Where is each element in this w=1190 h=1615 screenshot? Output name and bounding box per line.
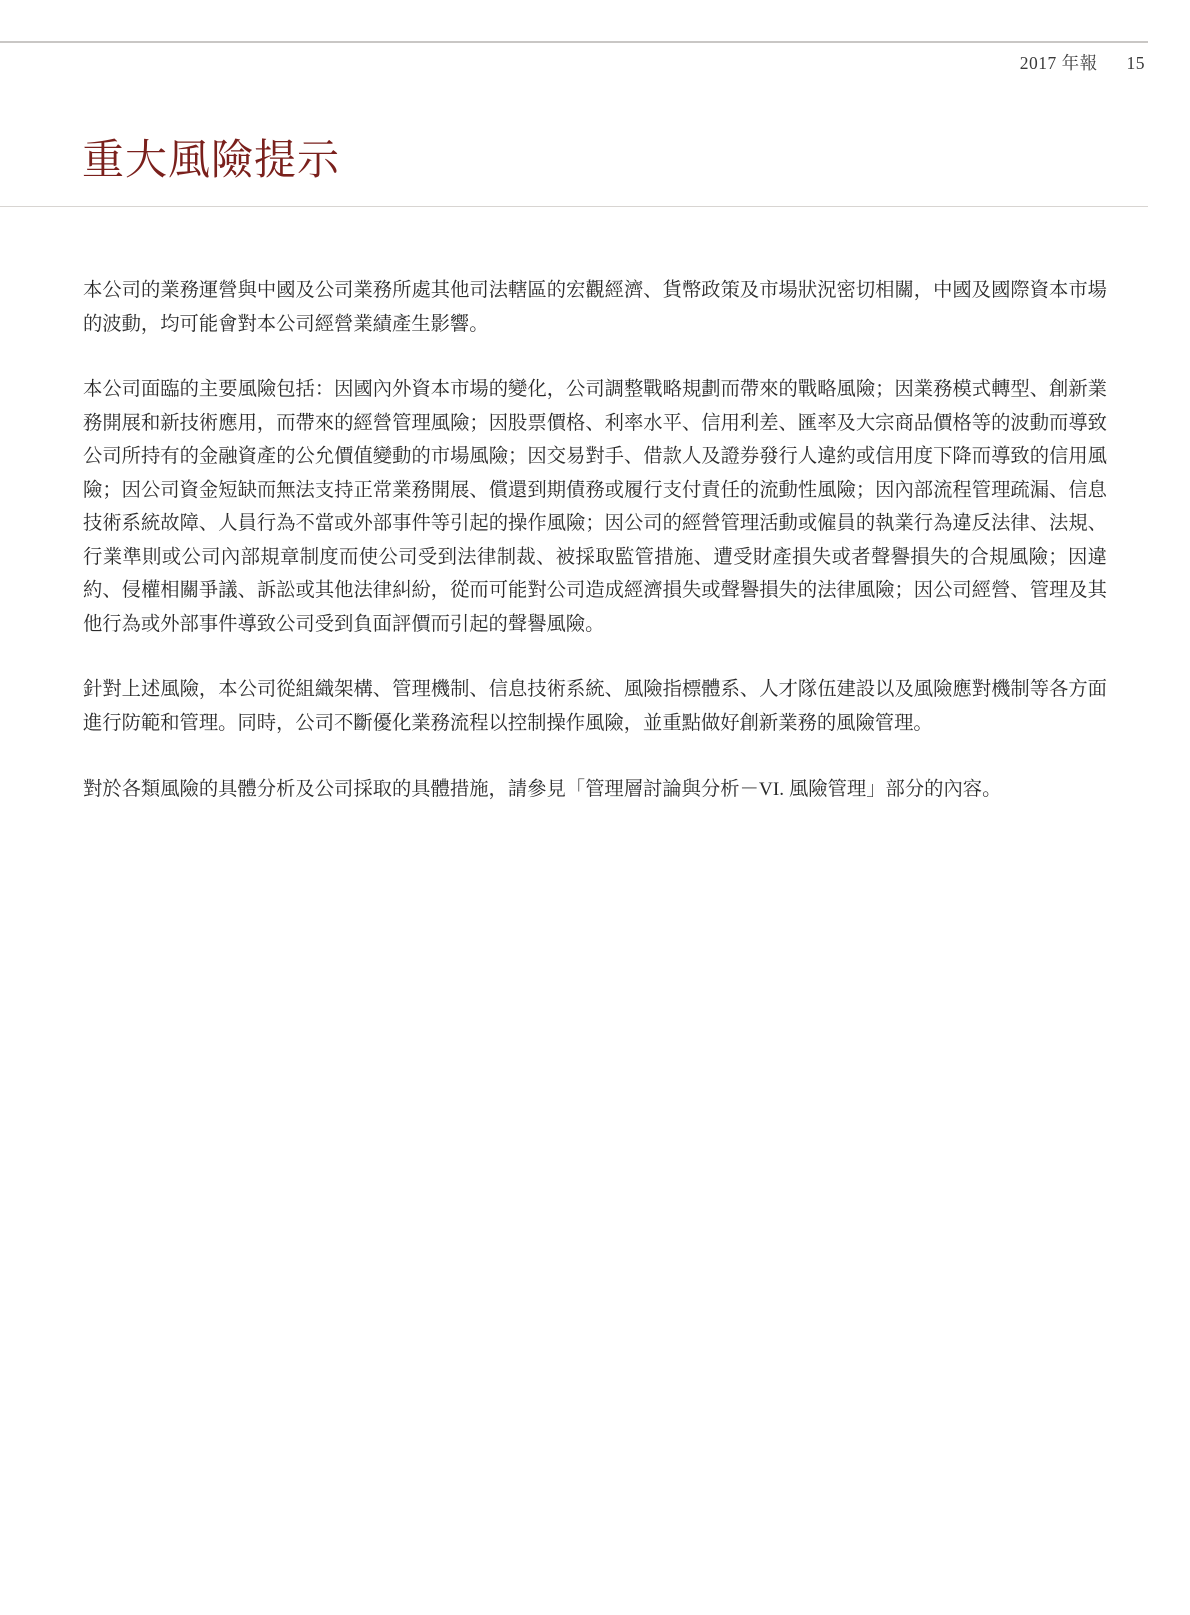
- document-page: 2017 年報 15 重大風險提示 本公司的業務運營與中國及公司業務所處其他司法…: [0, 0, 1190, 1615]
- body-paragraph-intro: 本公司的業務運營與中國及公司業務所處其他司法轄區的宏觀經濟、貨幣政策及市場狀況密…: [83, 274, 1107, 341]
- page-header: 2017 年報 15: [1020, 50, 1145, 75]
- body-paragraph-main-risks: 本公司面臨的主要風險包括：因國內外資本市場的變化，公司調整戰略規劃而帶來的戰略風…: [83, 373, 1107, 641]
- body-paragraph-risk-management: 針對上述風險，本公司從組織架構、管理機制、信息技術系統、風險指標體系、人才隊伍建…: [83, 673, 1107, 740]
- page-number: 15: [1127, 53, 1146, 73]
- report-title: 2017 年報: [1020, 53, 1098, 73]
- header-divider-rule: [0, 41, 1148, 43]
- body-content: 本公司的業務運營與中國及公司業務所處其他司法轄區的宏觀經濟、貨幣政策及市場狀況密…: [83, 274, 1107, 838]
- title-divider-rule: [0, 206, 1148, 207]
- body-paragraph-reference: 對於各類風險的具體分析及公司採取的具體措施，請參見「管理層討論與分析－VI. 風…: [83, 773, 1107, 807]
- section-title: 重大風險提示: [82, 136, 340, 186]
